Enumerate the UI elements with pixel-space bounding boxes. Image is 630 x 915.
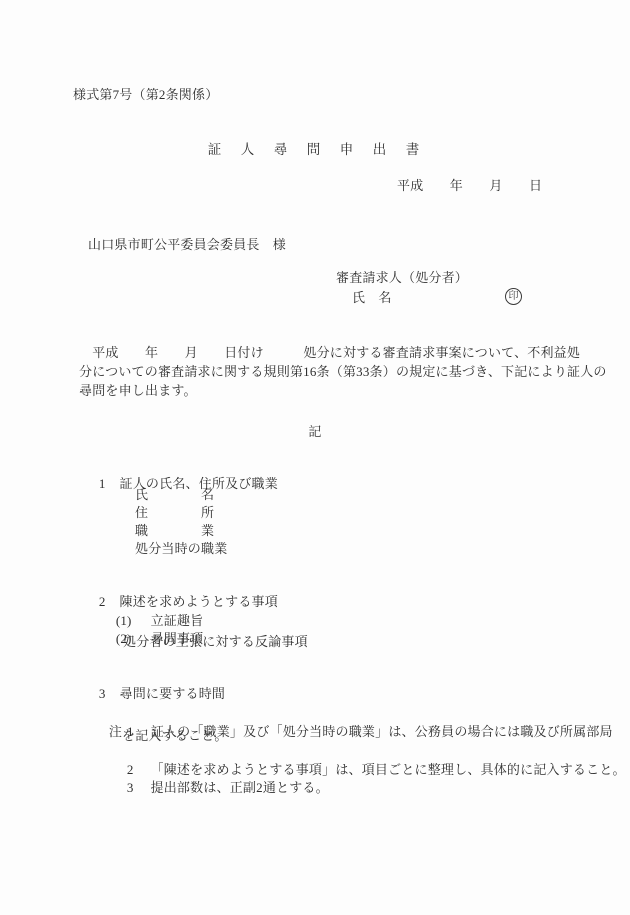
note-3-line: 3提出部数は、正副2通とする。 [113,765,329,810]
seal-stamp-icon: 印 [505,288,522,305]
note-3-text: 提出部数は、正副2通とする。 [151,780,329,795]
witness-occupation-field-label: 職 業 [135,523,214,538]
item-1-number: 1 [99,476,106,491]
item-3-number: 3 [99,686,106,701]
note-1-line-2: を記入すること。 [122,728,228,743]
witness-address-field-label: 住 所 [135,505,214,520]
document-page: 様式第7号（第2条関係） 証 人 尋 問 申 出 書 平成 年 月 日 山口県市… [0,0,630,915]
body-paragraph-line-2: 分についての審査請求に関する規則第16条（第33条）の規定に基づき、下記により証… [79,364,607,379]
notes-label: 注 [109,724,122,739]
note-3-number: 3 [127,780,134,795]
item-3-title: 尋問に要する時間 [120,686,226,701]
form-number: 様式第7号（第2条関係） [73,87,218,102]
claimant-label: 審査請求人（処分者） [336,270,468,285]
body-paragraph-line-3: 尋問を申し出ます。 [79,383,197,398]
document-title: 証 人 尋 問 申 出 書 [0,142,630,157]
body-paragraph-line-1: 平成 年 月 日付け 処分に対する審査請求事案について、不利益処 [79,345,580,360]
claimant-name-field-label: 氏 名 [352,290,392,305]
record-marker: 記 [0,424,630,439]
date-line: 平成 年 月 日 [397,178,542,193]
occupation-at-disposition-field-label: 処分当時の職業 [135,541,227,556]
rebuttal-detail-line: 処分者の主張に対する反論事項 [123,634,308,649]
addressee-line: 山口県市町公平委員会委員長 様 [88,237,286,252]
witness-name-field-label: 氏 名 [135,487,214,502]
